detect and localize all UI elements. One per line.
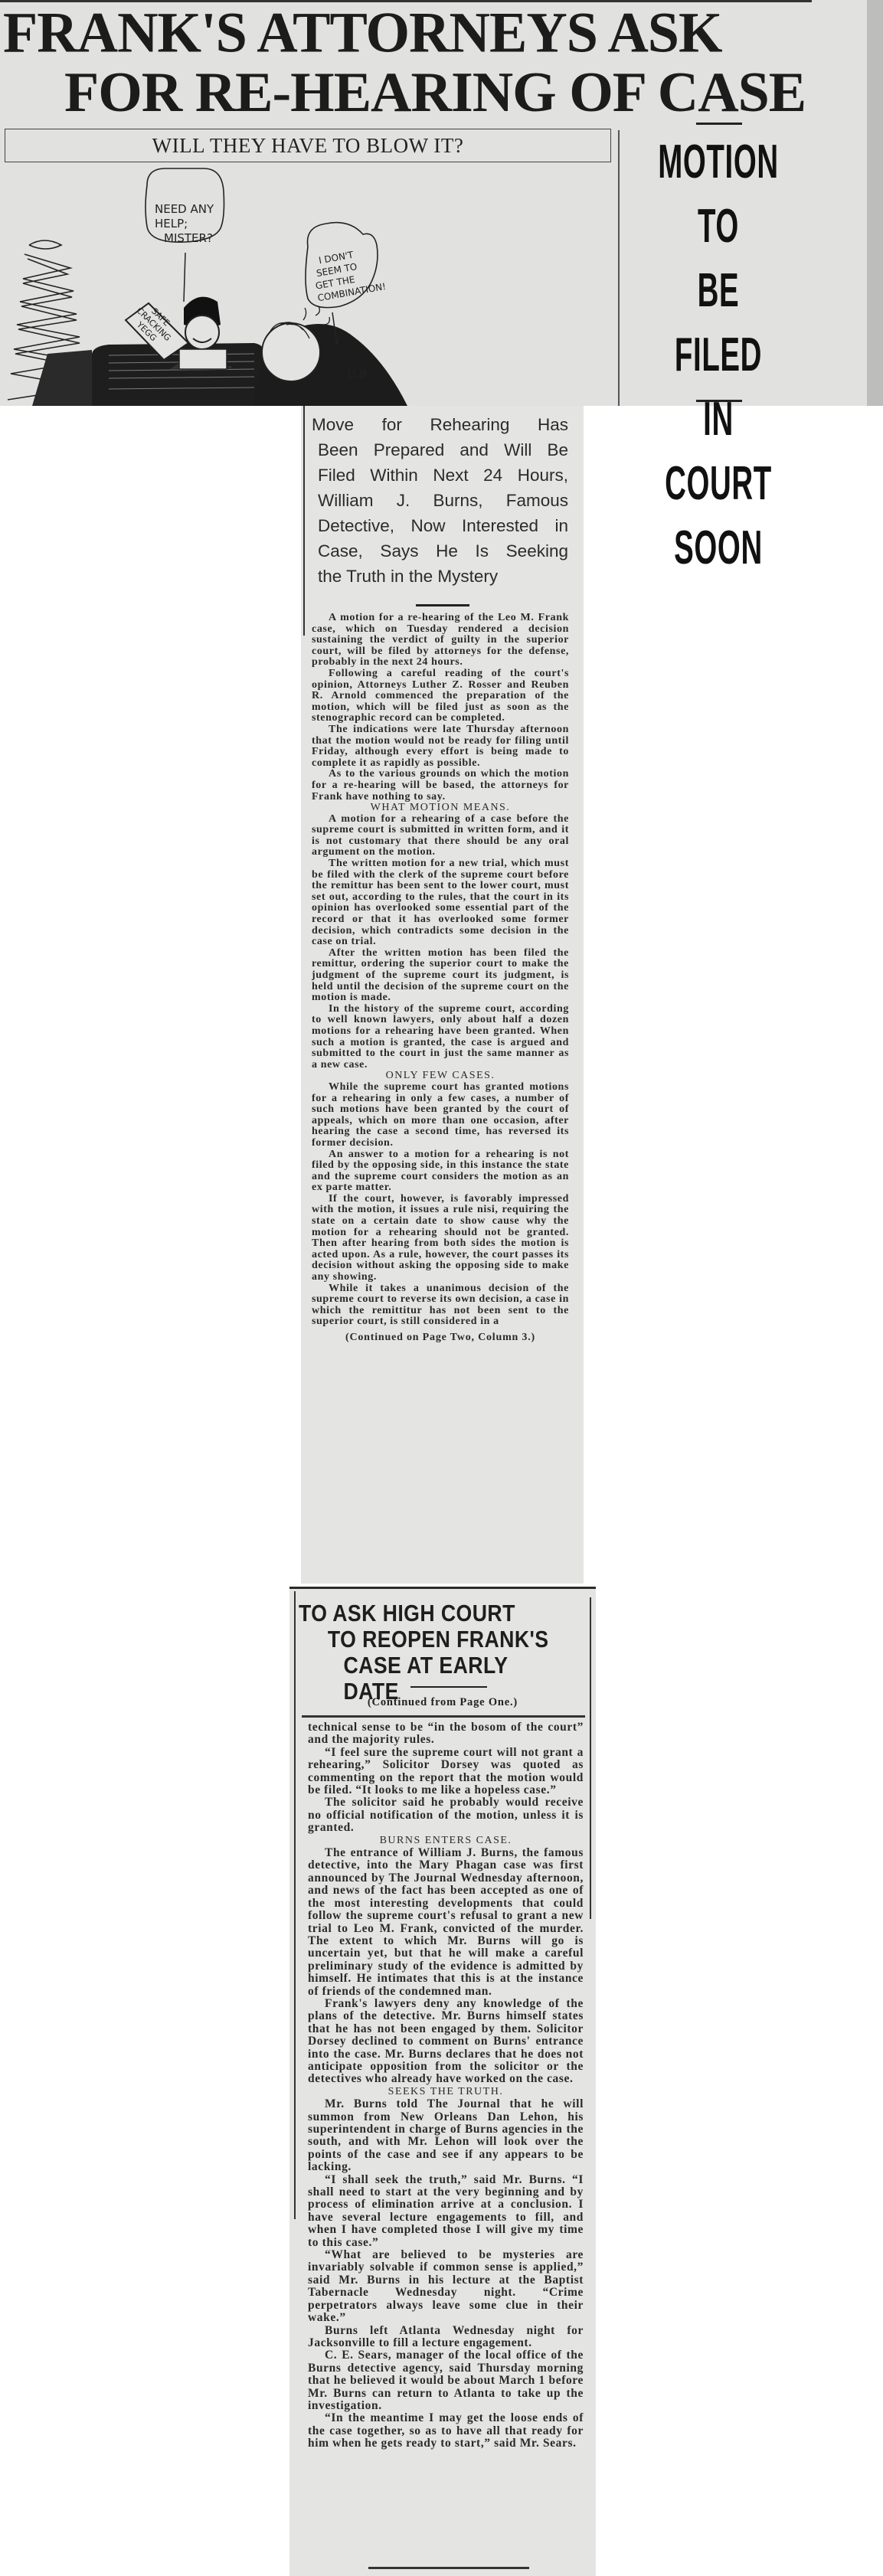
deck-line: Move for Rehearing Has (312, 412, 568, 437)
paragraph: “I feel sure the supreme court will not … (308, 1747, 584, 1797)
column-top-rule (289, 1587, 596, 1589)
paragraph: The indications were late Thursday after… (312, 724, 569, 769)
side-deck-headline: MOTION TO BE FILED IN COURT SOON (618, 130, 817, 406)
paragraph: C. E. Sears, manager of the local office… (308, 2349, 584, 2412)
body-top-rule (302, 1715, 585, 1718)
deck-separator (416, 604, 469, 606)
editorial-cartoon: WILL THEY HAVE TO BLOW IT? (2, 129, 616, 406)
subhead: WHAT MOTION MEANS. (312, 803, 569, 814)
cartoon-signature: D.B. (348, 369, 370, 381)
paragraph: After the written motion has been filed … (312, 948, 569, 1004)
continued-from-note: (Continued from Page One.) (289, 1696, 596, 1709)
deck-rule-bottom (696, 400, 742, 402)
paragraph: If the court, however, is favorably impr… (312, 1194, 569, 1283)
paragraph: The entrance of William J. Burns, the fa… (308, 1847, 584, 1998)
deck-line: Case, Says He Is Seeking (312, 538, 568, 564)
paragraph: “What are believed to be mysteries are i… (308, 2249, 584, 2324)
paragraph: Burns left Atlanta Wednesday night for J… (308, 2325, 584, 2350)
headline-line: TO REOPEN FRANK'S (299, 1626, 549, 1652)
paragraph: Following a careful reading of the court… (312, 669, 569, 724)
front-page-clipping: FRANK'S ATTORNEYS ASK FOR RE-HEARING OF … (0, 0, 883, 406)
deck-line: Been Prepared and Will Be (312, 437, 568, 463)
paragraph: Frank's lawyers deny any knowledge of th… (308, 1998, 584, 2086)
page-edge (867, 0, 883, 406)
article-column-2: TO ASK HIGH COURT TO REOPEN FRANK'S CASE… (289, 1587, 596, 2576)
end-rule (368, 2567, 529, 2569)
paragraph: The written motion for a new trial, whic… (312, 858, 569, 948)
article-1-body: A motion for a re-hearing of the Leo M. … (312, 613, 569, 1344)
cartoon-drawing-icon: D.B. (2, 162, 616, 406)
article-column-1: Move for Rehearing Has Been Prepared and… (301, 406, 584, 1584)
headline-line-1: FRANK'S ATTORNEYS ASK (2, 2, 829, 64)
cartoon-caption: WILL THEY HAVE TO BLOW IT? (5, 129, 611, 162)
article-2-body: technical sense to be “in the bosom of t… (308, 1721, 584, 2450)
paragraph: Mr. Burns told The Journal that he will … (308, 2098, 584, 2173)
deck-line: Detective, Now Interested in (312, 513, 568, 538)
deck-rule-top (696, 123, 742, 125)
paragraph: An answer to a motion for a rehearing is… (312, 1149, 569, 1194)
deck-line: Filed Within Next 24 Hours, (312, 463, 568, 488)
paragraph: While it takes a unanimous decision of t… (312, 1283, 569, 1328)
continued-on-note: (Continued on Page Two, Column 3.) (312, 1332, 569, 1344)
paragraph: “In the meantime I may get the loose end… (308, 2412, 584, 2450)
deck-line: William J. Burns, Famous (312, 488, 568, 513)
deck-line-2: BE FILED (657, 259, 780, 387)
paragraph: A motion for a re-hearing of the Leo M. … (312, 613, 569, 669)
headline-line: TO ASK HIGH COURT (299, 1600, 549, 1626)
headline-separator (410, 1686, 487, 1688)
column-rule-right (590, 1597, 591, 1919)
article-deck: Move for Rehearing Has Been Prepared and… (312, 412, 568, 589)
paragraph: In the history of the supreme court, acc… (312, 1004, 569, 1071)
paragraph: The solicitor said he probably would rec… (308, 1796, 584, 1834)
paragraph: As to the various grounds on which the m… (312, 769, 569, 803)
main-headline: FRANK'S ATTORNEYS ASK FOR RE-HEARING OF … (2, 3, 829, 123)
continuation-headline: TO ASK HIGH COURT TO REOPEN FRANK'S CASE… (299, 1600, 590, 1705)
deck-line-4: SOON (657, 516, 780, 580)
subhead: SEEKS THE TRUTH. (308, 2086, 584, 2098)
column-rule (303, 406, 305, 636)
yegg-speech-bubble: NEED ANY HELP; MISTER? (155, 202, 214, 246)
paragraph: “I shall seek the truth,” said Mr. Burns… (308, 2174, 584, 2249)
paragraph: technical sense to be “in the bosom of t… (308, 1721, 584, 1747)
subhead: BURNS ENTERS CASE. (308, 1835, 584, 1847)
headline-line-2: FOR RE-HEARING OF CASE (2, 63, 829, 123)
deck-line-1: MOTION TO (657, 130, 780, 259)
paragraph: While the supreme court has granted moti… (312, 1082, 569, 1149)
deck-line-3: IN COURT (657, 387, 780, 516)
deck-line: the Truth in the Mystery (312, 564, 568, 589)
paragraph: A motion for a rehearing of a case befor… (312, 814, 569, 858)
column-rule-left (294, 1591, 296, 2219)
subhead: ONLY FEW CASES. (312, 1071, 569, 1082)
